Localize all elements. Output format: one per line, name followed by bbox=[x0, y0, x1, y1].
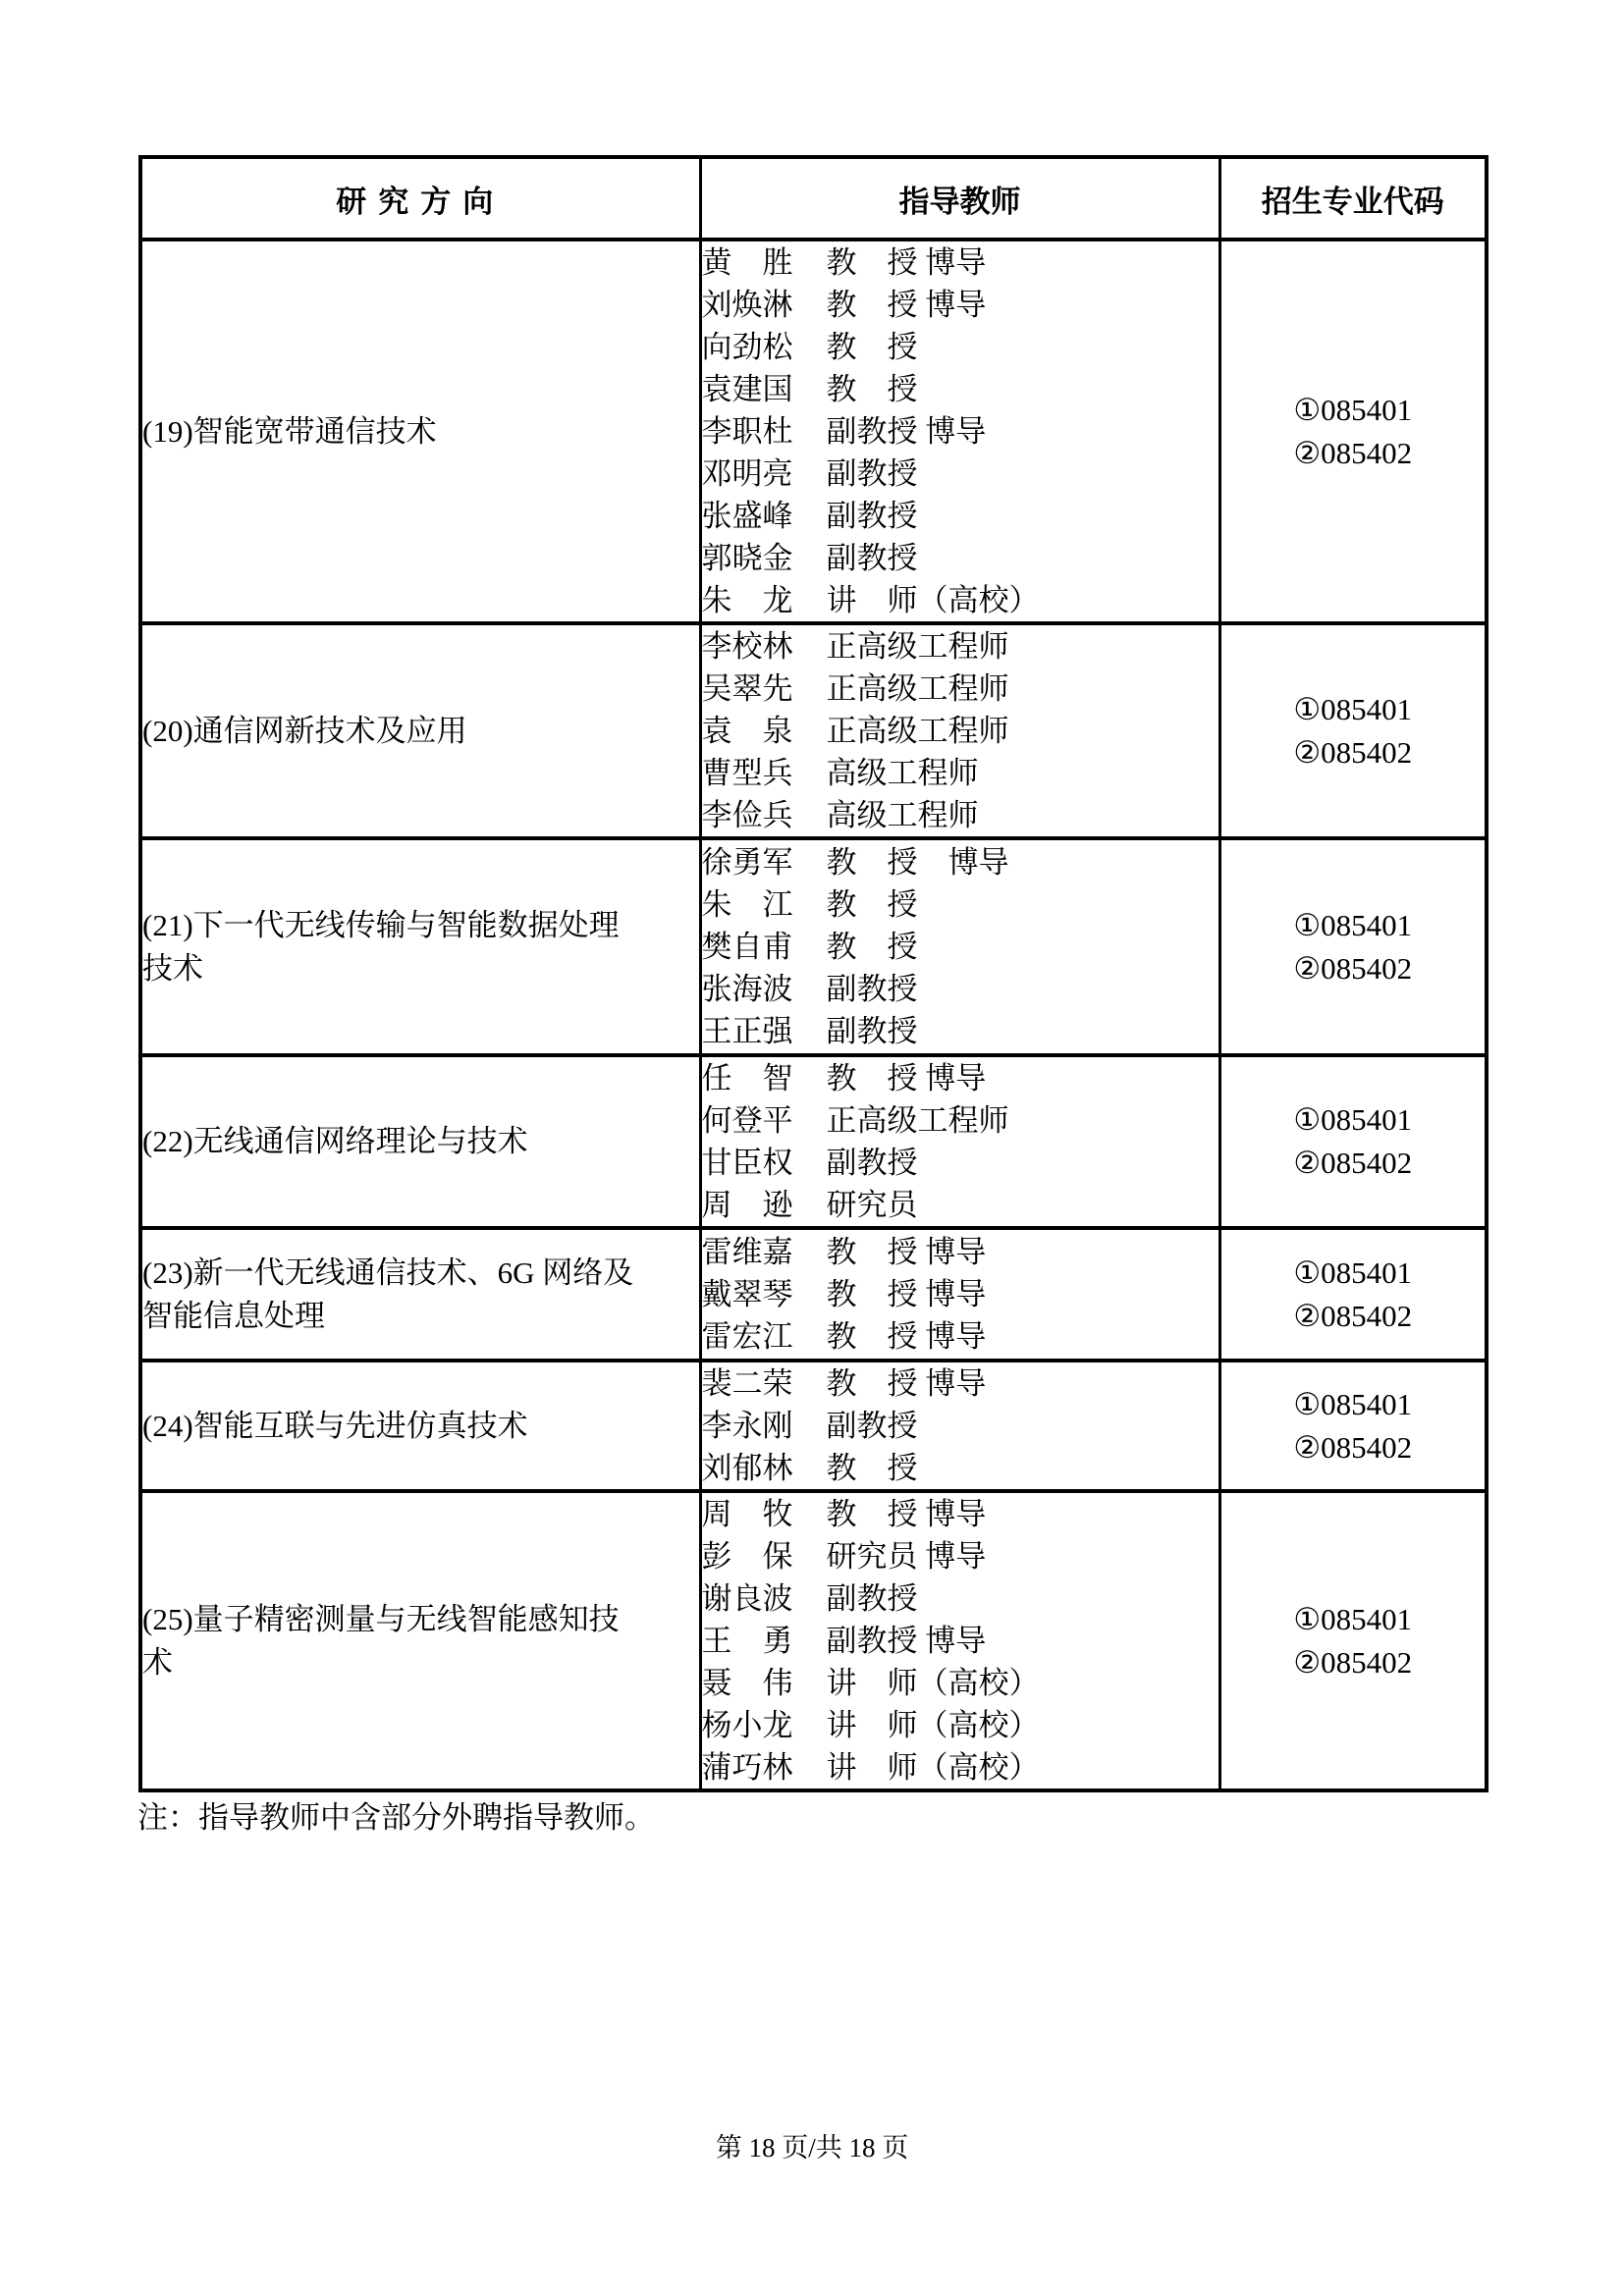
cell-direction: (24)智能互联与先进仿真技术 bbox=[140, 1361, 700, 1491]
table-row: (23)新一代无线通信技术、6G 网络及 智能信息处理 雷维嘉教 授 博导 戴翠… bbox=[140, 1228, 1487, 1361]
document-page: 研究方向 指导教师 招生专业代码 (19)智能宽带通信技术 黄 胜教 授 博导 … bbox=[0, 0, 1624, 2296]
teacher-line: 谢良波副教授 bbox=[702, 1577, 1218, 1620]
teacher-name: 谢良波 bbox=[702, 1577, 795, 1620]
cell-advisors: 李校林正高级工程师 吴翠先正高级工程师 袁 泉正高级工程师 曹型兵高级工程师 李… bbox=[700, 623, 1219, 838]
program-code: ①085401 bbox=[1221, 1598, 1486, 1641]
teacher-line: 袁建国教 授 bbox=[702, 368, 1218, 410]
direction-text: (24)智能互联与先进仿真技术 bbox=[142, 1405, 699, 1448]
teacher-title: 教 授 博导 bbox=[827, 1277, 987, 1311]
page-number: 第 18 页/共 18 页 bbox=[0, 2126, 1624, 2164]
teacher-line: 任 智教 授 博导 bbox=[702, 1057, 1218, 1099]
header-advisors: 指导教师 bbox=[700, 157, 1219, 240]
cell-direction: (25)量子精密测量与无线智能感知技 术 bbox=[140, 1491, 700, 1790]
cell-direction: (22)无线通信网络理论与技术 bbox=[140, 1055, 700, 1228]
teacher-line: 徐勇军教 授 博导 bbox=[702, 841, 1218, 883]
teacher-title: 高级工程师 bbox=[827, 756, 979, 790]
teacher-name: 向劲松 bbox=[702, 326, 795, 368]
teacher-name: 戴翠琴 bbox=[702, 1273, 795, 1315]
cell-codes: ①085401 ②085402 bbox=[1219, 240, 1487, 623]
teacher-line: 王 勇副教授 博导 bbox=[702, 1620, 1218, 1662]
admissions-table: 研究方向 指导教师 招生专业代码 (19)智能宽带通信技术 黄 胜教 授 博导 … bbox=[138, 155, 1489, 1792]
teacher-title: 教 授 博导 bbox=[827, 1319, 987, 1354]
teacher-name: 樊自甫 bbox=[702, 926, 795, 968]
direction-text: (21)下一代无线传输与智能数据处理 bbox=[142, 904, 699, 947]
direction-text: (19)智能宽带通信技术 bbox=[142, 410, 699, 454]
cell-advisors: 裴二荣教 授 博导 李永刚副教授 刘郁林教 授 bbox=[700, 1361, 1219, 1491]
teacher-line: 李俭兵高级工程师 bbox=[702, 794, 1218, 836]
cell-advisors: 雷维嘉教 授 博导 戴翠琴教 授 博导 雷宏江教 授 博导 bbox=[700, 1228, 1219, 1361]
teacher-title: 教 授 bbox=[827, 1451, 918, 1485]
table-row: (21)下一代无线传输与智能数据处理 技术 徐勇军教 授 博导 朱 江教 授 樊… bbox=[140, 838, 1487, 1055]
teacher-line: 樊自甫教 授 bbox=[702, 926, 1218, 968]
teacher-name: 裴二荣 bbox=[702, 1362, 795, 1405]
teacher-title: 副教授 bbox=[827, 456, 918, 491]
header-program-codes: 招生专业代码 bbox=[1219, 157, 1487, 240]
program-code: ①085401 bbox=[1221, 389, 1486, 432]
teacher-name: 袁建国 bbox=[702, 368, 795, 410]
table-header-row: 研究方向 指导教师 招生专业代码 bbox=[140, 157, 1487, 240]
teacher-title: 正高级工程师 bbox=[827, 671, 1009, 706]
teacher-line: 彭 保研究员 博导 bbox=[702, 1535, 1218, 1577]
teacher-title: 副教授 bbox=[827, 1409, 918, 1443]
direction-text: (23)新一代无线通信技术、6G 网络及 bbox=[142, 1252, 699, 1295]
teacher-name: 任 智 bbox=[702, 1057, 795, 1099]
teacher-name: 邓明亮 bbox=[702, 453, 795, 495]
teacher-title: 教 授 博导 bbox=[827, 845, 1009, 880]
cell-direction: (23)新一代无线通信技术、6G 网络及 智能信息处理 bbox=[140, 1228, 700, 1361]
teacher-name: 朱 江 bbox=[702, 883, 795, 926]
cell-codes: ①085401 ②085402 bbox=[1219, 1361, 1487, 1491]
teacher-title: 教 授 博导 bbox=[827, 1497, 987, 1531]
program-code: ②085402 bbox=[1221, 731, 1486, 774]
teacher-line: 李校林正高级工程师 bbox=[702, 625, 1218, 667]
teacher-name: 李永刚 bbox=[702, 1405, 795, 1447]
teacher-title: 教 授 bbox=[827, 372, 918, 406]
teacher-title: 教 授 bbox=[827, 887, 918, 922]
direction-text: (25)量子精密测量与无线智能感知技 bbox=[142, 1598, 699, 1641]
teacher-name: 何登平 bbox=[702, 1099, 795, 1142]
cell-direction: (20)通信网新技术及应用 bbox=[140, 623, 700, 838]
teacher-line: 李永刚副教授 bbox=[702, 1405, 1218, 1447]
program-code: ①085401 bbox=[1221, 1252, 1486, 1295]
teacher-title: 研究员 bbox=[827, 1188, 918, 1222]
teacher-name: 吴翠先 bbox=[702, 667, 795, 710]
teacher-line: 张海波副教授 bbox=[702, 968, 1218, 1010]
teacher-name: 徐勇军 bbox=[702, 841, 795, 883]
table-row: (24)智能互联与先进仿真技术 裴二荣教 授 博导 李永刚副教授 刘郁林教 授 … bbox=[140, 1361, 1487, 1491]
footnote: 注：指导教师中含部分外聘指导教师。 bbox=[137, 1792, 655, 1837]
teacher-line: 朱 江教 授 bbox=[702, 883, 1218, 926]
cell-codes: ①085401 ②085402 bbox=[1219, 1228, 1487, 1361]
teacher-title: 正高级工程师 bbox=[827, 629, 1009, 664]
teacher-title: 正高级工程师 bbox=[827, 1103, 1009, 1138]
teacher-name: 刘焕淋 bbox=[702, 284, 795, 326]
direction-text: (22)无线通信网络理论与技术 bbox=[142, 1120, 699, 1163]
program-code: ②085402 bbox=[1221, 1641, 1486, 1684]
teacher-name: 郭晓金 bbox=[702, 537, 795, 579]
teacher-line: 戴翠琴教 授 博导 bbox=[702, 1273, 1218, 1315]
teacher-line: 王正强副教授 bbox=[702, 1010, 1218, 1052]
teacher-title: 教 授 bbox=[827, 930, 918, 964]
cell-codes: ①085401 ②085402 bbox=[1219, 1055, 1487, 1228]
cell-codes: ①085401 ②085402 bbox=[1219, 838, 1487, 1055]
program-code: ②085402 bbox=[1221, 1295, 1486, 1338]
direction-text: 智能信息处理 bbox=[142, 1295, 699, 1338]
teacher-line: 邓明亮副教授 bbox=[702, 453, 1218, 495]
teacher-line: 曹型兵高级工程师 bbox=[702, 752, 1218, 794]
direction-text: (20)通信网新技术及应用 bbox=[142, 710, 699, 753]
teacher-title: 教 授 博导 bbox=[827, 1061, 987, 1095]
teacher-name: 周 逊 bbox=[702, 1184, 795, 1226]
teacher-line: 何登平正高级工程师 bbox=[702, 1099, 1218, 1142]
program-code: ①085401 bbox=[1221, 688, 1486, 731]
direction-text: 技术 bbox=[142, 947, 699, 990]
teacher-line: 黄 胜教 授 博导 bbox=[702, 241, 1218, 284]
teacher-line: 周 牧教 授 博导 bbox=[702, 1493, 1218, 1535]
cell-direction: (19)智能宽带通信技术 bbox=[140, 240, 700, 623]
teacher-title: 副教授 bbox=[827, 541, 918, 575]
teacher-name: 杨小龙 bbox=[702, 1704, 795, 1746]
teacher-title: 讲 师（高校） bbox=[827, 1750, 1040, 1785]
teacher-title: 副教授 博导 bbox=[827, 414, 987, 449]
teacher-line: 朱 龙讲 师（高校） bbox=[702, 579, 1218, 621]
teacher-name: 甘臣权 bbox=[702, 1142, 795, 1184]
program-code: ②085402 bbox=[1221, 432, 1486, 475]
cell-direction: (21)下一代无线传输与智能数据处理 技术 bbox=[140, 838, 700, 1055]
teacher-name: 王 勇 bbox=[702, 1620, 795, 1662]
cell-advisors: 黄 胜教 授 博导 刘焕淋教 授 博导 向劲松教 授 袁建国教 授 李职杜副教授… bbox=[700, 240, 1219, 623]
teacher-line: 甘臣权副教授 bbox=[702, 1142, 1218, 1184]
direction-text: 术 bbox=[142, 1641, 699, 1684]
teacher-line: 杨小龙讲 师（高校） bbox=[702, 1704, 1218, 1746]
teacher-title: 副教授 bbox=[827, 1581, 918, 1616]
teacher-line: 袁 泉正高级工程师 bbox=[702, 710, 1218, 752]
teacher-name: 雷宏江 bbox=[702, 1315, 795, 1358]
teacher-title: 研究员 博导 bbox=[827, 1539, 987, 1574]
teacher-name: 彭 保 bbox=[702, 1535, 795, 1577]
teacher-title: 教 授 博导 bbox=[827, 288, 987, 322]
teacher-name: 曹型兵 bbox=[702, 752, 795, 794]
teacher-title: 教 授 bbox=[827, 330, 918, 364]
teacher-line: 周 逊研究员 bbox=[702, 1184, 1218, 1226]
header-research-direction: 研究方向 bbox=[140, 157, 700, 240]
teacher-name: 李职杜 bbox=[702, 410, 795, 453]
table-row: (20)通信网新技术及应用 李校林正高级工程师 吴翠先正高级工程师 袁 泉正高级… bbox=[140, 623, 1487, 838]
teacher-name: 张海波 bbox=[702, 968, 795, 1010]
teacher-line: 裴二荣教 授 博导 bbox=[702, 1362, 1218, 1405]
teacher-line: 向劲松教 授 bbox=[702, 326, 1218, 368]
teacher-name: 李校林 bbox=[702, 625, 795, 667]
teacher-title: 教 授 博导 bbox=[827, 1366, 987, 1401]
teacher-line: 吴翠先正高级工程师 bbox=[702, 667, 1218, 710]
teacher-line: 雷维嘉教 授 博导 bbox=[702, 1231, 1218, 1273]
teacher-name: 周 牧 bbox=[702, 1493, 795, 1535]
teacher-title: 副教授 bbox=[827, 499, 918, 533]
table-row: (25)量子精密测量与无线智能感知技 术 周 牧教 授 博导 彭 保研究员 博导… bbox=[140, 1491, 1487, 1790]
teacher-line: 聂 伟讲 师（高校） bbox=[702, 1662, 1218, 1704]
teacher-line: 刘焕淋教 授 博导 bbox=[702, 284, 1218, 326]
teacher-title: 正高级工程师 bbox=[827, 714, 1009, 748]
teacher-line: 雷宏江教 授 博导 bbox=[702, 1315, 1218, 1358]
teacher-name: 雷维嘉 bbox=[702, 1231, 795, 1273]
teacher-name: 李俭兵 bbox=[702, 794, 795, 836]
table-row: (19)智能宽带通信技术 黄 胜教 授 博导 刘焕淋教 授 博导 向劲松教 授 … bbox=[140, 240, 1487, 623]
teacher-name: 张盛峰 bbox=[702, 495, 795, 537]
teacher-title: 教 授 博导 bbox=[827, 245, 987, 280]
teacher-title: 高级工程师 bbox=[827, 798, 979, 832]
program-code: ②085402 bbox=[1221, 1142, 1486, 1185]
teacher-line: 李职杜副教授 博导 bbox=[702, 410, 1218, 453]
teacher-name: 王正强 bbox=[702, 1010, 795, 1052]
teacher-name: 刘郁林 bbox=[702, 1447, 795, 1489]
teacher-name: 聂 伟 bbox=[702, 1662, 795, 1704]
teacher-line: 张盛峰副教授 bbox=[702, 495, 1218, 537]
teacher-title: 副教授 博导 bbox=[827, 1624, 987, 1658]
program-code: ①085401 bbox=[1221, 1383, 1486, 1426]
cell-codes: ①085401 ②085402 bbox=[1219, 1491, 1487, 1790]
teacher-title: 讲 师（高校） bbox=[827, 1708, 1040, 1742]
teacher-title: 副教授 bbox=[827, 1014, 918, 1048]
teacher-title: 副教授 bbox=[827, 1146, 918, 1180]
teacher-name: 蒲巧林 bbox=[702, 1746, 795, 1789]
teacher-title: 教 授 博导 bbox=[827, 1235, 987, 1269]
teacher-title: 副教授 bbox=[827, 972, 918, 1006]
cell-advisors: 任 智教 授 博导 何登平正高级工程师 甘臣权副教授 周 逊研究员 bbox=[700, 1055, 1219, 1228]
teacher-line: 郭晓金副教授 bbox=[702, 537, 1218, 579]
teacher-line: 蒲巧林讲 师（高校） bbox=[702, 1746, 1218, 1789]
cell-advisors: 周 牧教 授 博导 彭 保研究员 博导 谢良波副教授 王 勇副教授 博导 聂 伟… bbox=[700, 1491, 1219, 1790]
teacher-name: 黄 胜 bbox=[702, 241, 795, 284]
teacher-name: 朱 龙 bbox=[702, 579, 795, 621]
program-code: ②085402 bbox=[1221, 1426, 1486, 1469]
table-row: (22)无线通信网络理论与技术 任 智教 授 博导 何登平正高级工程师 甘臣权副… bbox=[140, 1055, 1487, 1228]
program-code: ②085402 bbox=[1221, 947, 1486, 990]
teacher-title: 讲 师（高校） bbox=[827, 1666, 1040, 1700]
teacher-line: 刘郁林教 授 bbox=[702, 1447, 1218, 1489]
cell-advisors: 徐勇军教 授 博导 朱 江教 授 樊自甫教 授 张海波副教授 王正强副教授 bbox=[700, 838, 1219, 1055]
program-code: ①085401 bbox=[1221, 1098, 1486, 1142]
cell-codes: ①085401 ②085402 bbox=[1219, 623, 1487, 838]
teacher-name: 袁 泉 bbox=[702, 710, 795, 752]
teacher-title: 讲 师（高校） bbox=[827, 583, 1040, 617]
program-code: ①085401 bbox=[1221, 904, 1486, 947]
